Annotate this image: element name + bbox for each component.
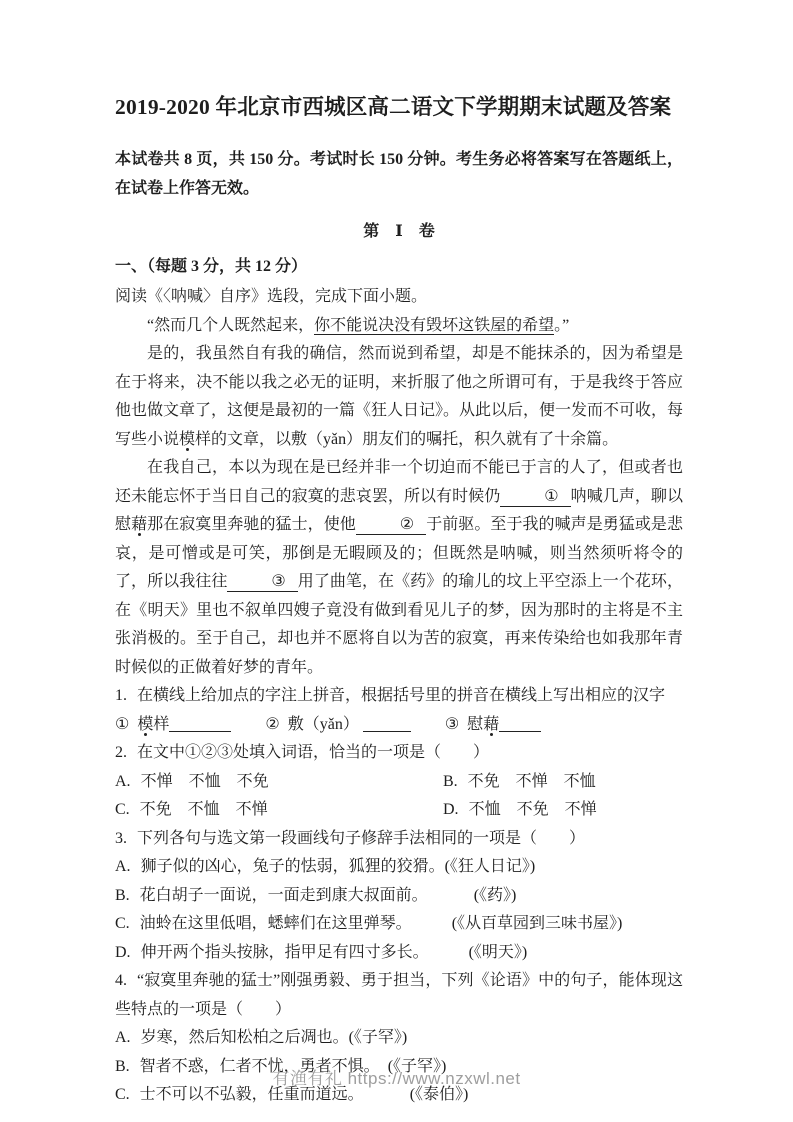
question-text: 下列各句与选文第一段画线句子修辞手法相同的一项是（ ） bbox=[137, 830, 585, 847]
option-label: B. bbox=[443, 773, 458, 790]
watermark-footer: 有渔有礼 https://www.nzxwl.net bbox=[0, 1064, 793, 1089]
option-label: A. bbox=[115, 858, 131, 875]
question-4-option-A: A.岁寒，然后知松柏之后凋也。(《子罕》) bbox=[115, 1024, 683, 1053]
answer-blank-line bbox=[363, 718, 411, 732]
option-text: 不恤 不免 不惮 bbox=[469, 801, 597, 818]
question-number: 1. bbox=[115, 687, 127, 704]
option-label: D. bbox=[443, 801, 459, 818]
option-text: 不免 不惮 不恤 bbox=[468, 773, 596, 790]
option-text: 狮子似的凶心，兔子的怯弱，狐狸的狡猾。 bbox=[141, 858, 445, 875]
section-heading: 一、（每题 3 分，共 12 分） bbox=[115, 252, 683, 281]
fill-blank-1: ① bbox=[500, 488, 570, 507]
exam-notice: 本试卷共 8 页，共 150 分。考试时长 150 分钟。考生务必将答案写在答题… bbox=[115, 145, 683, 203]
emphasis-dotted-char: 模 bbox=[137, 716, 153, 733]
emphasis-dotted-char: 藉 bbox=[131, 516, 147, 533]
emphasis-dotted-char: 模 bbox=[179, 431, 195, 448]
option-source: (《子罕》) bbox=[349, 1029, 408, 1046]
circled-number-2: ② bbox=[265, 716, 279, 733]
quote-pre: “然而几个人既然起来， bbox=[147, 317, 314, 334]
emphasis-dotted-char: 藉 bbox=[483, 716, 499, 733]
fill-blank-3: ③ bbox=[227, 573, 297, 592]
question-text: “寂寞里奔驰的猛士”刚强勇毅、勇于担当，下列《论语》中的句子，能体现这些特点的一… bbox=[115, 972, 683, 1018]
question-3-option-B: B.花白胡子一面说，一面走到康大叔面前。(《药》) bbox=[115, 882, 683, 911]
question-number: 4. bbox=[115, 972, 127, 989]
answer-blank-line bbox=[499, 718, 541, 732]
question-number: 2. bbox=[115, 744, 127, 761]
passage-intro: 阅读《〈呐喊〉自序》选段，完成下面小题。 bbox=[115, 283, 683, 312]
para1-segment: 样的文章，以敷（yǎn）朋友们的嘱托，积久就有了十余篇。 bbox=[195, 431, 618, 448]
question-3-option-D: D.伸开两个指头按脉，指甲足有四寸多长。(《明天》) bbox=[115, 939, 683, 968]
volume-heading: 第 Ⅰ 卷 bbox=[115, 218, 683, 246]
option-text: 油蛉在这里低唱，蟋蟀们在这里弹琴。 bbox=[140, 915, 412, 932]
quote-underlined-text: 你不能说决没有毁坏这铁屋的希望 bbox=[314, 317, 554, 335]
q1-item-text: 敷（yǎn） bbox=[288, 716, 359, 733]
option-label: D. bbox=[115, 944, 131, 961]
exam-document-page: 2019-2020 年北京市西城区高二语文下学期期末试题及答案 本试卷共 8 页… bbox=[0, 0, 793, 1122]
option-source: (《狂人日记》) bbox=[445, 858, 536, 875]
question-1-items: ①模样②敷（yǎn） ③慰藉 bbox=[115, 711, 683, 740]
question-text: 在横线上给加点的字注上拼音，根据括号里的拼音在横线上写出相应的汉字 bbox=[137, 687, 665, 704]
circled-number-3: ③ bbox=[445, 716, 459, 733]
question-3-option-C: C.油蛉在这里低唱，蟋蟀们在这里弹琴。(《从百草园到三味书屋》) bbox=[115, 910, 683, 939]
question-2-stem: 2.在文中①②③处填入词语，恰当的一项是（ ） bbox=[115, 739, 683, 768]
page-title: 2019-2020 年北京市西城区高二语文下学期期末试题及答案 bbox=[115, 90, 683, 121]
question-text: 在文中①②③处填入词语，恰当的一项是（ ） bbox=[137, 744, 489, 761]
option-label: C. bbox=[115, 915, 130, 932]
option-source: (《从百草园到三味书屋》) bbox=[452, 915, 623, 932]
question-1-stem: 1.在横线上给加点的字注上拼音，根据括号里的拼音在横线上写出相应的汉字 bbox=[115, 682, 683, 711]
document-content: 2019-2020 年北京市西城区高二语文下学期期末试题及答案 本试卷共 8 页… bbox=[115, 90, 683, 1110]
question-number: 3. bbox=[115, 830, 127, 847]
quote-post: 。” bbox=[554, 317, 569, 334]
option-text: 不惮 不恤 不免 bbox=[141, 773, 269, 790]
q1-item-1: ①模样 bbox=[115, 716, 231, 733]
option-label: A. bbox=[115, 773, 131, 790]
question-3-option-A: A.狮子似的凶心，兔子的怯弱，狐狸的狡猾。(《狂人日记》) bbox=[115, 853, 683, 882]
q1-item-2: ②敷（yǎn） bbox=[265, 716, 410, 733]
passage-quote: “然而几个人既然起来，你不能说决没有毁坏这铁屋的希望。” bbox=[115, 312, 683, 341]
q1-item-text: 慰 bbox=[467, 716, 483, 733]
option-label: A. bbox=[115, 1029, 131, 1046]
para2-segment: 那在寂寞里奔驰的猛士，使他 bbox=[147, 516, 356, 533]
option-C: C.不免 不恤 不惮 bbox=[115, 796, 443, 825]
fill-blank-2: ② bbox=[356, 516, 426, 535]
answer-blank-line bbox=[169, 718, 231, 732]
option-source: (《明天》) bbox=[469, 944, 528, 961]
question-2-options-row-2: C.不免 不恤 不惮 D.不恤 不免 不惮 bbox=[115, 796, 683, 825]
circled-number-1: ① bbox=[115, 716, 129, 733]
question-4-stem: 4.“寂寞里奔驰的猛士”刚强勇毅、勇于担当，下列《论语》中的句子，能体现这些特点… bbox=[115, 967, 683, 1024]
question-3-stem: 3.下列各句与选文第一段画线句子修辞手法相同的一项是（ ） bbox=[115, 825, 683, 854]
question-2-options-row-1: A.不惮 不恤 不免 B.不免 不惮 不恤 bbox=[115, 768, 683, 797]
q1-item-text: 样 bbox=[153, 716, 169, 733]
passage-paragraph-2: 在我自己，本以为现在是已经并非一个切迫而不能已于言的人了，但或者也还未能忘怀于当… bbox=[115, 454, 683, 682]
option-text: 花白胡子一面说，一面走到康大叔面前。 bbox=[140, 887, 428, 904]
option-A: A.不惮 不恤 不免 bbox=[115, 768, 443, 797]
option-label: B. bbox=[115, 887, 130, 904]
option-D: D.不恤 不免 不惮 bbox=[443, 796, 597, 825]
option-text: 不免 不恤 不惮 bbox=[140, 801, 268, 818]
q1-item-3: ③慰藉 bbox=[445, 716, 541, 733]
option-label: C. bbox=[115, 801, 130, 818]
passage-paragraph-1: 是的，我虽然自有我的确信，然而说到希望，却是不能抹杀的，因为希望是在于将来，决不… bbox=[115, 340, 683, 454]
option-B: B.不免 不惮 不恤 bbox=[443, 768, 596, 797]
option-source: (《药》) bbox=[474, 887, 517, 904]
option-text: 伸开两个指头按脉，指甲足有四寸多长。 bbox=[141, 944, 429, 961]
option-text: 岁寒，然后知松柏之后凋也。 bbox=[141, 1029, 349, 1046]
